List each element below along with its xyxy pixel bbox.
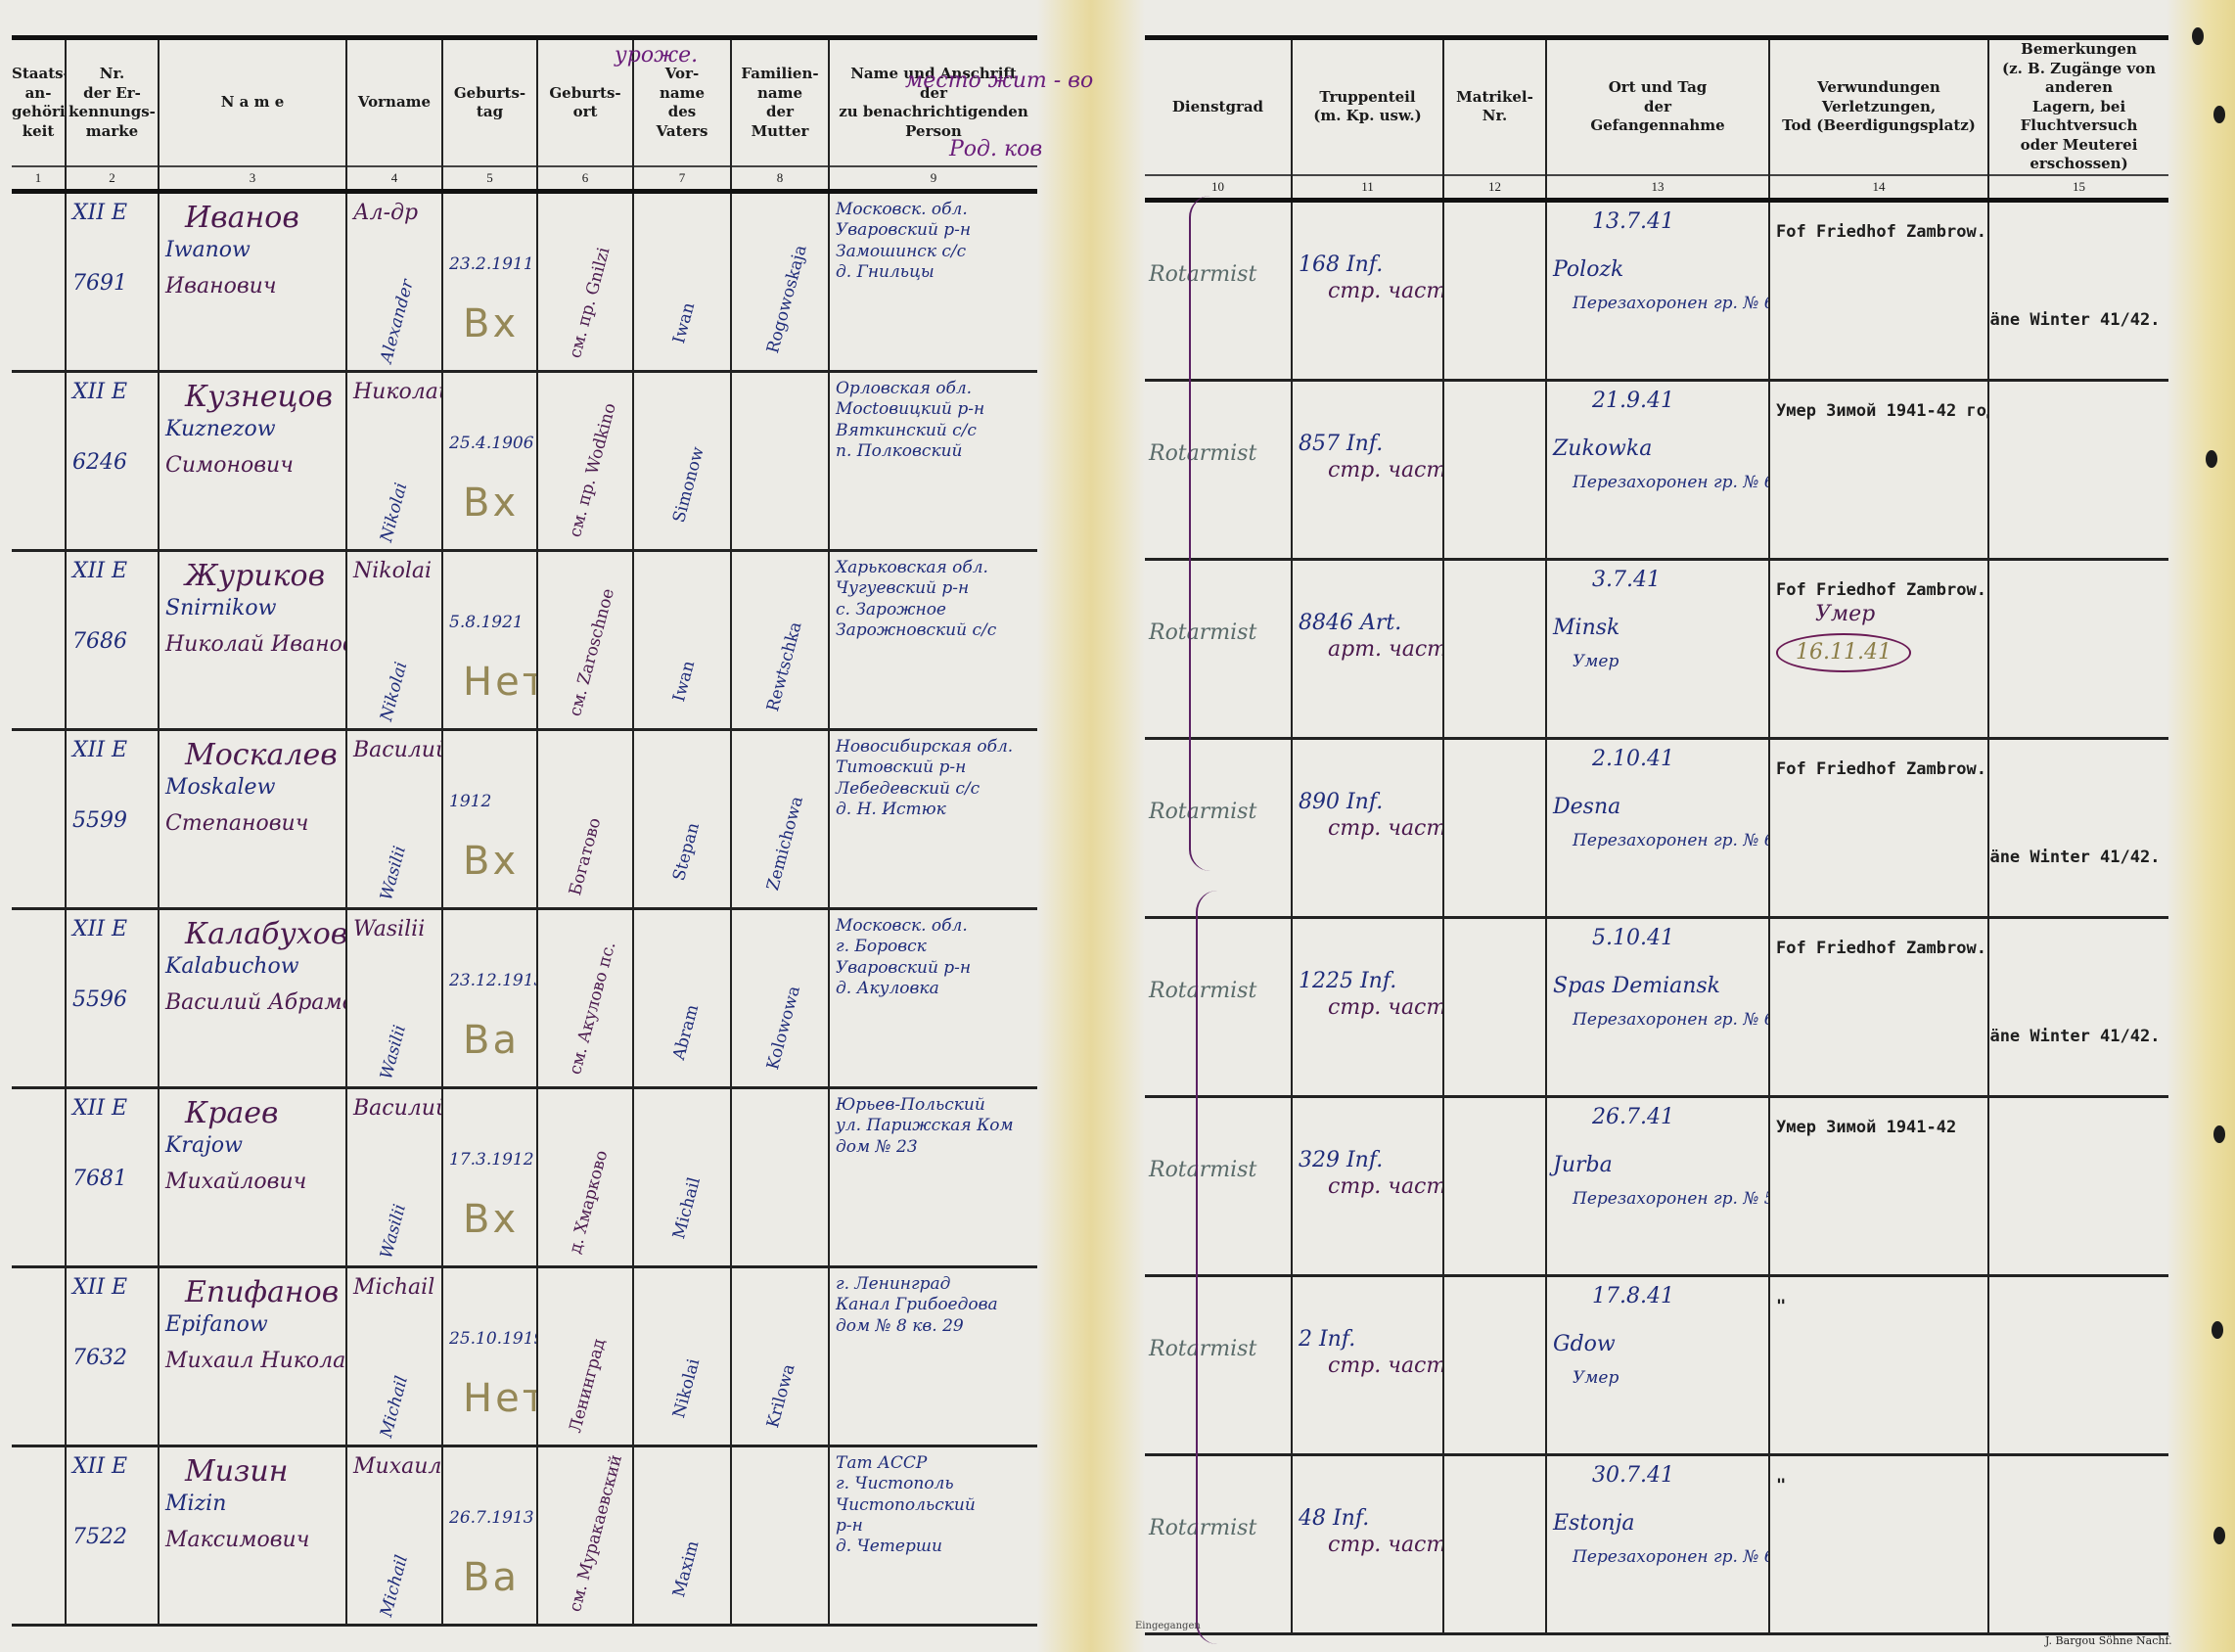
column-number-15: 15 (1988, 175, 2168, 201)
remarks: Fleckfieber-Quarantäne Winter 41/42. (1988, 310, 2163, 331)
unit-number: 168 Inf. (1299, 252, 1437, 279)
birth-date: 25.4.1906 (449, 434, 530, 454)
unit-type: стр. часть (1299, 994, 1437, 1022)
column-header-11: Truppenteil (m. Kp. usw.) (1292, 38, 1443, 175)
contact-line: Лебедевский с/с (836, 779, 1031, 800)
birth-date: 23.12.1913 (449, 971, 530, 991)
patronymic-cyrillic: Иванович (165, 273, 340, 300)
tag-unit: XII E (72, 558, 152, 585)
nationality-cell (12, 192, 66, 372)
nationality (12, 194, 65, 206)
capture-place: Estonja (1553, 1510, 1762, 1537)
column-number-12: 12 (1443, 175, 1546, 201)
column-header-1: Staats- an- gehörig- keit (12, 38, 66, 167)
contact-line: с. Зарожное (836, 600, 1031, 620)
birth-date-cell: 1912Вх 28079-47 (442, 730, 537, 909)
contact-person-cell: Московск. обл.Уваровский р-нЗамошинск с/… (829, 192, 1037, 372)
matrikel-cell (1443, 1275, 1546, 1454)
column-header-15: Bemerkungen (z. B. Zugänge von anderen L… (1988, 38, 2168, 175)
column-header-4: Vorname (346, 38, 442, 167)
capture-cell: 21.9.41ZukowkaПерезахоронен гр. № 6 (1546, 380, 1769, 559)
capture-date: 2.10.41 (1553, 746, 1762, 773)
received-stamp: Eingegangen (1135, 1621, 1201, 1631)
first-name-cell: WasiliiWasilii (346, 909, 442, 1088)
capture-cell: 30.7.41EstonjaПерезахоронен гр. № 6 (1546, 1454, 1769, 1633)
rank: Rotarmist (1149, 440, 1285, 468)
unit-type: арт. часть (1299, 636, 1437, 664)
column-number-3: 3 (159, 166, 346, 192)
archive-file-mark: Ва 18495/48 (463, 1555, 537, 1600)
death-burial-cell: Fof Friedhof Zambrow.Умер16.11.41 (1769, 559, 1988, 738)
contact-line: Чистопольский (836, 1495, 1031, 1516)
capture-place: Zukowka (1553, 436, 1762, 463)
nationality-cell (12, 909, 66, 1088)
capture-place: Jurba (1553, 1152, 1762, 1179)
first-name-latin: Michail (377, 1374, 413, 1441)
first-name-cell: ВасилийWasilii (346, 1088, 442, 1267)
contact-line: г. Чистополь (836, 1474, 1031, 1494)
column-header-10: Dienstgrad (1145, 38, 1292, 175)
father-name-cell: Iwan (633, 192, 731, 372)
matrikel-cell (1443, 380, 1546, 559)
remarks-cell: " (1988, 1454, 2168, 1633)
birth-place: см. Муракаевский (566, 1452, 626, 1614)
birth-date-cell: 26.7.1913Ва 18495/48 (442, 1446, 537, 1626)
birth-place-cell: Богатово (537, 730, 633, 909)
matrikel-cell (1443, 200, 1546, 380)
mother-name: Rewtschka (763, 619, 806, 713)
remarks-cell: " (1988, 380, 2168, 559)
record-row-left: XII E7681КраевKrajowМихайловичВасилийWas… (12, 1088, 1037, 1267)
unit-number: 1225 Inf. (1299, 968, 1437, 995)
tag-unit: XII E (72, 379, 152, 406)
matrikel-number (1444, 740, 1545, 752)
contact-line: г. Ленинград (836, 1274, 1031, 1295)
unit-number: 2 Inf. (1299, 1326, 1437, 1354)
nationality-cell (12, 1446, 66, 1626)
capture-date: 17.8.41 (1553, 1283, 1762, 1310)
tag-number: 7632 (72, 1345, 152, 1372)
first-name: Николай (353, 379, 435, 406)
record-row-left: XII E7632ЕпифановEpifanowМихаил Николаев… (12, 1267, 1037, 1446)
first-name: Wasilii (353, 916, 435, 943)
unit-cell: 8846 Art.арт. часть (1292, 559, 1443, 738)
capture-place: Gdow (1553, 1331, 1762, 1358)
first-name: Michail (353, 1274, 435, 1302)
record-row-right: Rotarmist329 Inf.стр. часть26.7.41JurbaП… (1145, 1096, 2168, 1275)
nationality-cell (12, 551, 66, 730)
record-row-left: XII E7686ЖуриковSnirnikowНиколай Иванови… (12, 551, 1037, 730)
birth-date: 1912 (449, 792, 530, 812)
contact-line: Новосибирская обл. (836, 737, 1031, 757)
remarks: Fleckfieber-Quarantäne Winter 41/42. (1988, 1027, 2163, 1047)
bracket-mark (1189, 196, 1210, 871)
contact-line: Вяткинский с/с (836, 421, 1031, 441)
column-number-13: 13 (1546, 175, 1769, 201)
contact-line: Тат АССР (836, 1453, 1031, 1474)
tag-cell: XII E7686 (66, 551, 159, 730)
reburial-note: Перезахоронен гр. № 6 (1553, 1547, 1762, 1568)
father-name: Maxim (669, 1538, 704, 1599)
contact-line: д. Акуловка (836, 979, 1031, 999)
record-row-left: XII E5596КалабуховKalabuchowВасилий Абра… (12, 909, 1037, 1088)
unit-cell: 48 Inf.стр. часть (1292, 1454, 1443, 1633)
burial-place: Fof Friedhof Zambrow. (1776, 580, 1982, 601)
record-row-left: XII E7691ИвановIwanowИвановичАл-дрAlexan… (12, 192, 1037, 372)
surname-cyrillic: Кузнецов (165, 379, 340, 416)
remarks-cell: Fleckfieber-Quarantäne Winter 41/42. (1988, 738, 2168, 917)
rank-cell: Rotarmist (1145, 380, 1292, 559)
death-date-circled: 16.11.41 (1776, 633, 1911, 672)
column-header-12: Matrikel- Nr. (1443, 38, 1546, 175)
matrikel-number (1444, 382, 1545, 393)
remarks: " (1988, 1564, 2163, 1584)
column-header-14: Verwundungen Verletzungen, Tod (Beerdigu… (1769, 38, 1988, 175)
patronymic-cyrillic: Степанович (165, 810, 340, 838)
capture-cell: 3.7.41MinskУмер (1546, 559, 1769, 738)
contact-line: Орловская обл. (836, 379, 1031, 399)
contact-line: Уваровский р-н (836, 220, 1031, 241)
punch-hole-icon (2213, 1527, 2225, 1544)
remarks-cell: " (1988, 1275, 2168, 1454)
reburial-note: Умер (1553, 652, 1762, 672)
column-number-9: 9 (829, 166, 1037, 192)
mother-name: Zemichowa (763, 795, 807, 894)
tag-unit: XII E (72, 916, 152, 943)
capture-date: 26.7.41 (1553, 1104, 1762, 1131)
mother-name-cell (731, 372, 829, 551)
rank-cell: Rotarmist (1145, 917, 1292, 1096)
record-row-left: XII E5599МоскалевMoskalewСтепановичВасил… (12, 730, 1037, 909)
matrikel-cell (1443, 559, 1546, 738)
capture-cell: 17.8.41GdowУмер (1546, 1275, 1769, 1454)
unit-type: стр. часть (1299, 1532, 1437, 1559)
tag-cell: XII E5596 (66, 909, 159, 1088)
unit-type: стр. часть (1299, 1173, 1437, 1201)
reburial-note: Перезахоронен гр. № 6 (1553, 1010, 1762, 1031)
first-name-latin: Wasilii (377, 1202, 411, 1261)
capture-cell: 26.7.41JurbaПерезахоронен гр. № 5 (1546, 1096, 1769, 1275)
surname-latin: Krajow (165, 1132, 340, 1160)
death-burial-cell: Умер Зимой 1941-42 год (1769, 380, 1988, 559)
name-cell: КалабуховKalabuchowВасилий Абрамович (159, 909, 346, 1088)
tag-unit: XII E (72, 1274, 152, 1302)
remarks: " (1988, 489, 2163, 510)
punch-hole-icon (2213, 1125, 2225, 1143)
father-name: Iwan (669, 300, 699, 345)
father-name: Abram (669, 1002, 703, 1062)
nationality (12, 1447, 65, 1459)
birth-place-cell: см. Муракаевский (537, 1446, 633, 1626)
first-name-cell: МихаилMichail (346, 1446, 442, 1626)
contact-line: д. Н. Истюк (836, 800, 1031, 820)
tag-unit: XII E (72, 1453, 152, 1481)
register-table-left: Staats- an- gehörig- keitNr. der Er- ken… (12, 35, 1037, 1627)
name-cell: МоскалевMoskalewСтепанович (159, 730, 346, 909)
rank-cell: Rotarmist (1145, 200, 1292, 380)
unit-type: стр. часть (1299, 1353, 1437, 1380)
birth-date-cell: 23.12.1913Ва 23713-46 (442, 909, 537, 1088)
capture-date: 30.7.41 (1553, 1462, 1762, 1490)
contact-line: Канал Грибоедова (836, 1295, 1031, 1315)
page-gutter (1037, 0, 1145, 1652)
death-burial-cell: Fof Friedhof Zambrow. (1769, 917, 1988, 1096)
rank-cell: Rotarmist (1145, 1454, 1292, 1633)
mother-name-cell: Rogowoskaja (731, 192, 829, 372)
burial-place: Fof Friedhof Zambrow. (1776, 939, 1982, 959)
burial-place: Умер Зимой 1941-42 (1776, 1118, 1982, 1138)
capture-place: Minsk (1553, 615, 1762, 642)
death-burial-cell: Fof Friedhof Zambrow. (1769, 200, 1988, 380)
burial-place: " (1776, 1476, 1982, 1496)
contact-person-cell: Тат АССРг. ЧистопольЧистопольскийр-нд. Ч… (829, 1446, 1037, 1626)
unit-type: стр. часть (1299, 278, 1437, 305)
patronymic-cyrillic: Максимович (165, 1527, 340, 1554)
capture-cell: 2.10.41DesnaПерезахоронен гр. № 6 (1546, 738, 1769, 917)
first-name-latin: Alexander (377, 277, 419, 365)
capture-place: Desna (1553, 794, 1762, 821)
column-number-10: 10 (1145, 175, 1292, 201)
nationality-cell (12, 372, 66, 551)
first-name-latin: Nikolai (377, 660, 413, 723)
rank: Rotarmist (1149, 619, 1285, 647)
name-cell: МизинMizinМаксимович (159, 1446, 346, 1626)
contact-line: п. Полковский (836, 441, 1031, 462)
unit-cell: 1225 Inf.стр. часть (1292, 917, 1443, 1096)
birth-date-cell: 17.3.1912Вх 10661-46 (442, 1088, 537, 1267)
surname-cyrillic: Журиков (165, 558, 340, 595)
column-number-14: 14 (1769, 175, 1988, 201)
tag-number: 5596 (72, 987, 152, 1014)
patronymic-cyrillic: Василий Абрамович (165, 989, 340, 1017)
remarks: " (1988, 1385, 2163, 1405)
register-table-right: DienstgradTruppenteil (m. Kp. usw.)Matri… (1145, 35, 2168, 1635)
nationality (12, 1268, 65, 1280)
nationality (12, 552, 65, 564)
first-name: Михаил (353, 1453, 435, 1481)
unit-cell: 857 Inf.стр. часть (1292, 380, 1443, 559)
tag-number: 6246 (72, 449, 152, 477)
matrikel-cell (1443, 1096, 1546, 1275)
patronymic-cyrillic: Михаил Николаевич (165, 1348, 340, 1375)
tag-number: 7681 (72, 1166, 152, 1193)
first-name: Василий (353, 737, 435, 764)
capture-place: Spas Demiansk (1553, 973, 1762, 1000)
remarks: Fleckfieber-Quarantäne Winter 41/42. (1988, 848, 2163, 868)
first-name-latin: Wasilii (377, 1023, 411, 1081)
tag-cell: XII E6246 (66, 372, 159, 551)
capture-cell: 13.7.41PolozkПерезахоронен гр. № 6 (1546, 200, 1769, 380)
first-name-cell: ВасилийWasilii (346, 730, 442, 909)
birth-place: см. пр. Gnilzi (566, 246, 614, 361)
unit-cell: 329 Inf.стр. часть (1292, 1096, 1443, 1275)
rank: Rotarmist (1149, 799, 1285, 826)
unit-number: 857 Inf. (1299, 431, 1437, 458)
remarks-cell (1988, 559, 2168, 738)
first-name-cell: MichailMichail (346, 1267, 442, 1446)
name-cell: ЕпифановEpifanowМихаил Николаевич (159, 1267, 346, 1446)
birth-place: см. Акулово пс. (566, 940, 619, 1077)
first-name-cell: NikolaiNikolai (346, 551, 442, 730)
birth-place: Ленинград (566, 1337, 610, 1435)
contact-line: Титовский р-н (836, 757, 1031, 778)
contact-person-cell: Новосибирская обл.Титовский р-нЛебедевск… (829, 730, 1037, 909)
matrikel-number (1444, 1098, 1545, 1110)
punch-hole-icon (2192, 27, 2204, 45)
remarks-cell (1988, 1096, 2168, 1275)
birth-place-cell: см. пр. Gnilzi (537, 192, 633, 372)
punch-hole-icon (2213, 106, 2225, 123)
surname-cyrillic: Калабухов (165, 916, 340, 953)
column-number-4: 4 (346, 166, 442, 192)
surname-cyrillic: Иванов (165, 200, 340, 237)
column-number-2: 2 (66, 166, 159, 192)
father-name-cell: Iwan (633, 551, 731, 730)
remarks-cell: Fleckfieber-Quarantäne Winter 41/42. (1988, 200, 2168, 380)
birth-place: см. пр. Wodkino (566, 401, 620, 539)
birth-date: 5.8.1921 (449, 613, 530, 633)
column-header-5: Geburts- tag (442, 38, 537, 167)
nationality (12, 1089, 65, 1101)
matrikel-cell (1443, 738, 1546, 917)
patronymic-cyrillic: Николай Иванович (165, 631, 340, 659)
printer-credit: J. Bargou Söhne Nachf. (2045, 1634, 2172, 1647)
contact-line: Харьковская обл. (836, 558, 1031, 578)
matrikel-cell (1443, 1454, 1546, 1633)
tag-cell: XII E7632 (66, 1267, 159, 1446)
nationality (12, 373, 65, 385)
birth-date-cell: 23.2.1911Вх 39308-46 (442, 192, 537, 372)
unit-cell: 890 Inf.стр. часть (1292, 738, 1443, 917)
surname-latin: Kalabuchow (165, 953, 340, 981)
birth-date-cell: 25.10.1919Нет (442, 1267, 537, 1446)
mother-name: Rogowoskaja (763, 243, 811, 355)
burial-place: " (1776, 1297, 1982, 1317)
archive-file-mark: Вх 39308-46 (463, 301, 537, 346)
mother-name-cell (731, 1446, 829, 1626)
column-number-5: 5 (442, 166, 537, 192)
header-annotation-col9-top: место жит - во (905, 69, 1093, 93)
tag-number: 7522 (72, 1524, 152, 1551)
column-number-7: 7 (633, 166, 731, 192)
surname-cyrillic: Епифанов (165, 1274, 340, 1311)
surname-latin: Epifanow (165, 1311, 340, 1339)
matrikel-number (1444, 203, 1545, 214)
matrikel-number (1444, 1456, 1545, 1468)
tag-cell: XII E7681 (66, 1088, 159, 1267)
mother-name-cell (731, 1088, 829, 1267)
record-row-right: Rotarmist890 Inf.стр. часть2.10.41DesnaП… (1145, 738, 2168, 917)
father-name-cell: Nikolai (633, 1267, 731, 1446)
contact-line: д. Гнильцы (836, 262, 1031, 283)
father-name: Iwan (669, 659, 699, 704)
death-burial-cell: Умер Зимой 1941-42 (1769, 1096, 1988, 1275)
unit-number: 48 Inf. (1299, 1505, 1437, 1533)
birth-place: Богатово (566, 816, 605, 898)
contact-line: Московск. обл. (836, 916, 1031, 937)
rank-cell: Rotarmist (1145, 1275, 1292, 1454)
birth-place: см. Zaroschnoe (566, 586, 618, 718)
first-name: Ал-др (353, 200, 435, 227)
unit-type: стр. часть (1299, 457, 1437, 484)
capture-date: 21.9.41 (1553, 388, 1762, 415)
reburial-note: Перезахоронен гр. № 6 (1553, 473, 1762, 493)
record-row-right: Rotarmist168 Inf.стр. часть13.7.41Polozk… (1145, 200, 2168, 380)
paper-edge (2167, 0, 2235, 1652)
record-row-right: Rotarmist857 Inf.стр. часть21.9.41Zukowk… (1145, 380, 2168, 559)
column-number-1: 1 (12, 166, 66, 192)
father-name: Stepan (669, 821, 704, 884)
first-name-latin: Michail (377, 1553, 413, 1620)
father-name-cell: Stepan (633, 730, 731, 909)
first-name-latin: Wasilii (377, 844, 411, 902)
father-name-cell: Michail (633, 1088, 731, 1267)
birth-date: 23.2.1911 (449, 254, 530, 275)
tag-unit: XII E (72, 200, 152, 227)
birth-place-cell: д. Хмаpковo (537, 1088, 633, 1267)
burial-place: Fof Friedhof Zambrow. (1776, 222, 1982, 243)
contact-line: Замошинск с/с (836, 242, 1031, 262)
surname-latin: Kuznezow (165, 416, 340, 443)
record-row-right: Rotarmist1225 Inf.стр. часть5.10.41Spas … (1145, 917, 2168, 1096)
death-note: Умер (1776, 601, 1982, 628)
name-cell: КраевKrajowМихайлович (159, 1088, 346, 1267)
bracket-mark (1196, 891, 1217, 1644)
mother-name: Krilowa (763, 1362, 799, 1431)
capture-place: Polozk (1553, 256, 1762, 284)
birth-place: д. Хмаpковo (566, 1148, 612, 1256)
father-name: Simonow (669, 445, 708, 526)
surname-latin: Iwanow (165, 237, 340, 264)
nationality-cell (12, 1088, 66, 1267)
surname-cyrillic: Мизин (165, 1453, 340, 1491)
birth-place-cell: Ленинград (537, 1267, 633, 1446)
header-annotation-col6: уроже. (615, 43, 698, 68)
birth-date: 17.3.1912 (449, 1150, 530, 1170)
rank: Rotarmist (1149, 261, 1285, 289)
record-row-right: Rotarmist48 Inf.стр. часть30.7.41Estonja… (1145, 1454, 2168, 1633)
birth-date-cell: 5.8.1921Нет (442, 551, 537, 730)
punch-hole-icon (2206, 450, 2217, 468)
archive-file-mark: Нет (463, 1376, 537, 1421)
tag-unit: XII E (72, 1095, 152, 1123)
surname-cyrillic: Москалев (165, 737, 340, 774)
death-burial-cell: " (1769, 1454, 1988, 1633)
contact-line: ул. Парижская Ком (836, 1116, 1031, 1136)
archive-file-mark: Вх 28079-47 (463, 839, 537, 884)
patronymic-cyrillic: Михайлович (165, 1169, 340, 1196)
column-number-6: 6 (537, 166, 633, 192)
matrikel-number (1444, 561, 1545, 573)
surname-latin: Snirnikow (165, 595, 340, 622)
tag-number: 7686 (72, 628, 152, 656)
contact-line: р-н (836, 1516, 1031, 1537)
contact-line: Чугуевский р-н (836, 578, 1031, 599)
archive-file-mark: Нет (463, 660, 537, 705)
father-name: Nikolai (669, 1356, 704, 1420)
contact-person-cell: Орловская обл.Мосtовицкий р-нВяткинский … (829, 372, 1037, 551)
contact-line: Зарожновский с/с (836, 620, 1031, 641)
birth-date-cell: 25.4.1906Вх 11890-47 (442, 372, 537, 551)
contact-person-cell: Юрьев-Польскийул. Парижская Комдом № 23 (829, 1088, 1037, 1267)
column-number-11: 11 (1292, 175, 1443, 201)
column-header-13: Ort und Tag der Gefangennahme (1546, 38, 1769, 175)
unit-cell: 2 Inf.стр. часть (1292, 1275, 1443, 1454)
tag-number: 7691 (72, 270, 152, 298)
matrikel-cell (1443, 917, 1546, 1096)
first-name-latin: Nikolai (377, 481, 413, 544)
surname-cyrillic: Краев (165, 1095, 340, 1132)
